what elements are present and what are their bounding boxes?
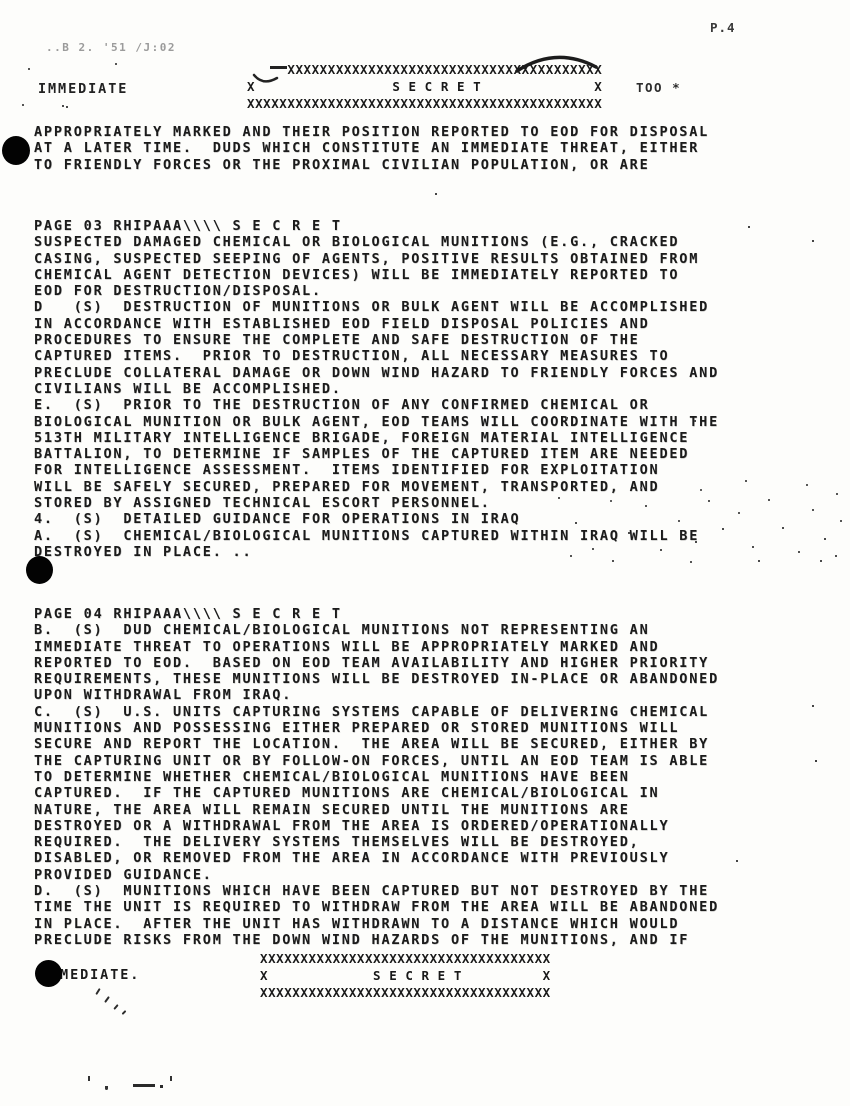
text-line: IN PLACE. AFTER THE UNIT HAS WITHDRAWN T…: [34, 916, 719, 932]
scan-speckles: [0, 0, 2, 2]
text-line: SECURE AND REPORT THE LOCATION. THE AREA…: [34, 736, 719, 752]
scan-mark: [170, 1076, 172, 1081]
text-line: PRECLUDE COLLATERAL DAMAGE OR DOWN WIND …: [34, 365, 719, 381]
text-line: PRECLUDE RISKS FROM THE DOWN WIND HAZARD…: [34, 932, 719, 948]
text-line: 513TH MILITARY INTELLIGENCE BRIGADE, FOR…: [34, 430, 719, 446]
text-line: IN ACCORDANCE WITH ESTABLISHED EOD FIELD…: [34, 316, 719, 332]
text-line: REQUIREMENTS, THESE MUNITIONS WILL BE DE…: [34, 671, 719, 687]
text-line: EOD FOR DESTRUCTION/DISPOSAL.: [34, 283, 719, 299]
text-line: D. (S) MUNITIONS WHICH HAVE BEEN CAPTURE…: [34, 883, 719, 899]
scan-mark: [95, 988, 100, 995]
hole-punch-icon: [2, 136, 30, 165]
paragraph-page-04: PAGE 04 RHIPAAA\\\\ S E C R E TB. (S) DU…: [34, 606, 719, 948]
time-of-origin-label: TOO *: [636, 80, 681, 95]
text-line: CAPTURED. IF THE CAPTURED MUNITIONS ARE …: [34, 785, 719, 801]
text-line: PROCEDURES TO ENSURE THE COMPLETE AND SA…: [34, 332, 719, 348]
classification-banner-bottom: XXXXXXXXXXXXXXXXXXXXXXXXXXXXXXXXXXXXX S …: [260, 950, 551, 1001]
pen-mark-curve: [512, 52, 602, 76]
text-line: BIOLOGICAL MUNITION OR BULK AGENT, EOD T…: [34, 414, 719, 430]
fax-page-number: P.4: [710, 20, 736, 35]
banner-row: XXXXXXXXXXXXXXXXXXXXXXXXXXXXXXXXXXXX: [260, 984, 551, 1001]
text-line: B. (S) DUD CHEMICAL/BIOLOGICAL MUNITIONS…: [34, 622, 719, 638]
hole-punch-icon: [35, 960, 62, 987]
paragraph-page-03: PAGE 03 RHIPAAA\\\\ S E C R E TSUSPECTED…: [34, 218, 719, 560]
text-line: 4. (S) DETAILED GUIDANCE FOR OPERATIONS …: [34, 511, 719, 527]
text-line: BATTALION, TO DETERMINE IF SAMPLES OF TH…: [34, 446, 719, 462]
text-line: DISABLED, OR REMOVED FROM THE AREA IN AC…: [34, 850, 719, 866]
precedence-label: IMMEDIATE: [38, 81, 128, 97]
pen-mark-curve: [252, 72, 280, 88]
text-line: IMMEDIATE THREAT TO OPERATIONS WILL BE A…: [34, 639, 719, 655]
text-line: C. (S) U.S. UNITS CAPTURING SYSTEMS CAPA…: [34, 704, 719, 720]
text-line: CAPTURED ITEMS. PRIOR TO DESTRUCTION, AL…: [34, 348, 719, 364]
text-line: MUNITIONS AND POSSESSING EITHER PREPARED…: [34, 720, 719, 736]
fax-timestamp: ..B 2. '51 /J:02: [46, 41, 176, 54]
text-line: UPON WITHDRAWAL FROM IRAQ.: [34, 687, 719, 703]
text-line: PROVIDED GUIDANCE.: [34, 867, 719, 883]
text-line: CIVILIANS WILL BE ACCOMPLISHED.: [34, 381, 719, 397]
banner-row: XXXXXXXXXXXXXXXXXXXXXXXXXXXXXXXXXXXX: [260, 950, 551, 967]
text-line: NATURE, THE AREA WILL REMAIN SECURED UNT…: [34, 802, 719, 818]
scan-mark: [104, 996, 110, 1003]
pen-mark-dash: [270, 66, 287, 69]
scan-mark: [133, 1084, 155, 1087]
scan-mark: [160, 1085, 163, 1088]
scanned-document-page: P.4 ..B 2. '51 /J:02 IMMEDIATE XXXXXXXXX…: [0, 0, 850, 1106]
text-line: APPROPRIATELY MARKED AND THEIR POSITION …: [34, 124, 709, 140]
text-line: CHEMICAL AGENT DETECTION DEVICES) WILL B…: [34, 267, 719, 283]
banner-row: X S E C R E T X: [260, 967, 551, 984]
text-line: REQUIRED. THE DELIVERY SYSTEMS THEMSELVE…: [34, 834, 719, 850]
text-line: PAGE 04 RHIPAAA\\\\ S E C R E T: [34, 606, 719, 622]
text-line: SUSPECTED DAMAGED CHEMICAL OR BIOLOGICAL…: [34, 234, 719, 250]
paragraph-continuation: APPROPRIATELY MARKED AND THEIR POSITION …: [34, 124, 709, 173]
scan-mark: [122, 1010, 127, 1015]
scan-mark: [113, 1004, 118, 1010]
text-line: DESTROYED IN PLACE. ..: [34, 544, 719, 560]
text-line: DESTROYED OR A WITHDRAWAL FROM THE AREA …: [34, 818, 719, 834]
text-line: TIME THE UNIT IS REQUIRED TO WITHDRAW FR…: [34, 899, 719, 915]
text-line: THE CAPTURING UNIT OR BY FOLLOW-ON FORCE…: [34, 753, 719, 769]
text-line: A. (S) CHEMICAL/BIOLOGICAL MUNITIONS CAP…: [34, 528, 719, 544]
text-line: TO FRIENDLY FORCES OR THE PROXIMAL CIVIL…: [34, 157, 709, 173]
text-line: WILL BE SAFELY SECURED, PREPARED FOR MOV…: [34, 479, 719, 495]
scan-mark: [88, 1076, 90, 1081]
banner-row: XXXXXXXXXXXXXXXXXXXXXXXXXXXXXXXXXXXXXXXX…: [247, 95, 602, 112]
text-line: PAGE 03 RHIPAAA\\\\ S E C R E T: [34, 218, 719, 234]
text-line: FOR INTELLIGENCE ASSESSMENT. ITEMS IDENT…: [34, 462, 719, 478]
banner-row: X S E C R E T X: [247, 78, 602, 95]
text-line: D (S) DESTRUCTION OF MUNITIONS OR BULK A…: [34, 299, 719, 315]
text-line: REPORTED TO EOD. BASED ON EOD TEAM AVAIL…: [34, 655, 719, 671]
text-line: TO DETERMINE WHETHER CHEMICAL/BIOLOGICAL…: [34, 769, 719, 785]
text-line: STORED BY ASSIGNED TECHNICAL ESCORT PERS…: [34, 495, 719, 511]
scan-mark: [105, 1086, 108, 1090]
text-line: AT A LATER TIME. DUDS WHICH CONSTITUTE A…: [34, 140, 709, 156]
text-line: CASING, SUSPECTED SEEPING OF AGENTS, POS…: [34, 251, 719, 267]
text-line: E. (S) PRIOR TO THE DESTRUCTION OF ANY C…: [34, 397, 719, 413]
hole-punch-icon: [26, 556, 53, 584]
